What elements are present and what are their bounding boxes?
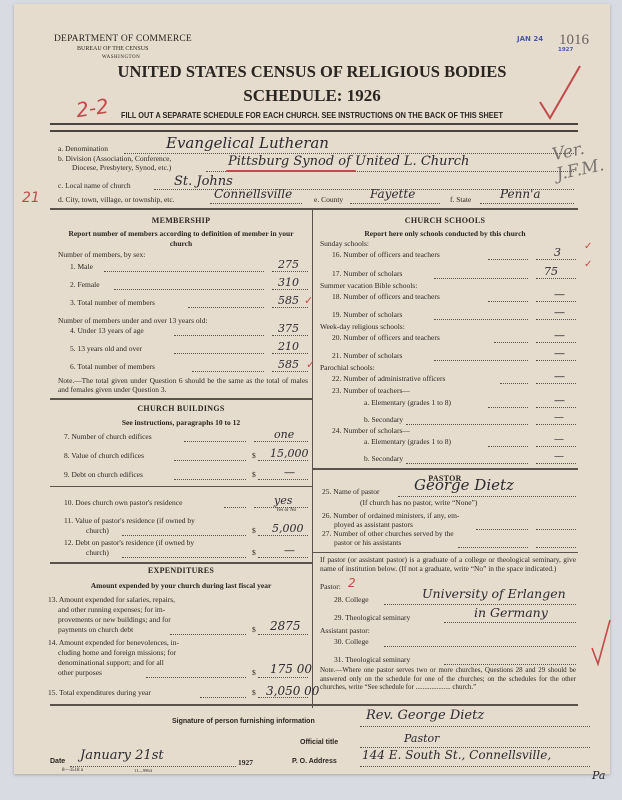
checkmark-icon: ✓ [584,259,592,270]
document-title: UNITED STATES CENSUS OF RELIGIOUS BODIES [14,62,610,82]
column-divider [312,208,313,708]
county-label: e. County [314,195,343,204]
address-value[interactable]: 144 E. South St., Connellsville, [362,748,551,762]
under-13-value[interactable]: 375 [278,322,299,335]
over-13-value[interactable]: 210 [278,340,299,353]
salaries-label: 13. Amount expended for salaries, repair… [48,595,175,635]
schools-subheading: Report here only schools conducted by th… [312,229,578,238]
denomination-label: a. Denomination [58,144,108,153]
edifices-debt-label: 9. Debt on church edifices [64,470,143,479]
membership-note: Note.—The total given under Question 6 s… [58,376,308,394]
city-label: WASHINGTON [102,55,140,60]
checkmark-icon: ✓ [584,241,592,252]
expenditures-subheading: Amount expended by your church during la… [50,581,312,590]
benevolences-label: 14. Amount expended for benevolences, in… [48,638,179,678]
total-by-age-label: 6. Total number of members [70,362,155,371]
sunday-schools-label: Sunday schools: [320,239,369,248]
official-title-label: Official title [300,739,338,746]
male-value[interactable]: 275 [278,258,299,271]
division-label-2: Diocese, Presbytery, Synod, etc.) [72,163,171,172]
address-label: P. O. Address [292,758,337,765]
seminary-label: 29. Theological seminary [334,613,410,622]
yes-no-hint: Yes or No [276,508,296,513]
date-year: 1927 [238,758,253,767]
edifices-debt-value[interactable]: — [284,466,295,479]
division-label: b. Division (Association, Conference, [58,154,171,163]
bureau-label: BUREAU OF THE CENSUS [77,46,148,52]
residence-value-value[interactable]: 5,000 [272,522,304,535]
signature-value[interactable]: Rev. George Dietz [366,708,484,723]
benevolences-value[interactable]: 175 00 [270,662,312,676]
official-title-value[interactable]: Pastor [404,732,439,745]
division-value[interactable]: Pittsburg Synod of United L. Church [228,154,469,169]
city-label: d. City, town, village, or township, etc… [58,195,175,204]
city-value[interactable]: Connellsville [214,187,292,201]
sunday-scholars-value[interactable]: 75 [544,265,558,278]
edifices-count-label: 7. Number of church edifices [64,432,152,441]
seminary-value[interactable]: in Germany [474,605,548,620]
salaries-value[interactable]: 2875 [270,619,301,633]
edifices-value-label: 8. Value of church edifices [64,451,144,460]
asst-college-label: 30. College [334,637,369,646]
residence-debt-value[interactable]: — [284,544,295,557]
divider [50,123,578,125]
pastor-name-label: 25. Name of pastor [322,487,379,496]
schools-heading: CHURCH SCHOOLS [312,216,578,225]
print-code: 11—9964 [134,768,152,773]
membership-subheading: Report number of members according to de… [58,229,304,249]
state-value[interactable]: Penn'a [500,187,541,201]
pastor-mark: 2 [348,576,356,590]
buildings-heading: CHURCH BUILDINGS [50,404,312,413]
expenditures-heading: EXPENDITURES [50,566,312,575]
female-value[interactable]: 310 [278,276,299,289]
edifices-count-value[interactable]: one [274,428,294,441]
asst-seminary-label: 31. Theological seminary [334,655,410,664]
total-by-age-value[interactable]: 585 [278,358,299,371]
total-members-value[interactable]: 585 [278,294,299,307]
by-sex-label: Number of members, by sex: [58,250,145,259]
membership-heading: MEMBERSHIP [50,216,312,225]
checkmark-icon [590,618,612,668]
buildings-subheading: See instructions, paragraphs 10 to 12 [50,418,312,427]
age-label: Number of members under and over 13 year… [58,316,208,325]
schedule-number: 1016 [559,32,589,49]
received-stamp-date: JAN 24 [517,35,543,43]
sunday-teachers-value[interactable]: 3 [554,246,561,259]
state-label: f. State [450,195,471,204]
male-label: 1. Male [70,262,93,271]
residence-debt-label: 12. Debt on pastor's residence (if owned… [64,538,194,547]
pastor-note: Note.—Where one pastor serves two or mor… [320,666,576,692]
pastor-name-value[interactable]: George Dietz [414,476,514,494]
department-label: DEPARTMENT OF COMMERCE [54,34,192,44]
graduate-note: If pastor (or assistant pastor) is a gra… [320,555,576,573]
denomination-value[interactable]: Evangelical Lutheran [166,134,329,152]
edifices-value-value[interactable]: 15,000 [270,447,309,460]
owns-residence-value[interactable]: yes [274,494,292,507]
residence-value-label: 11. Value of pastor's residence (if owne… [64,516,195,525]
signature-label: Signature of person furnishing informati… [172,718,315,725]
under-13-label: 4. Under 13 years of age [70,326,144,335]
checkmark-icon: ✓ [304,294,313,307]
census-schedule-sheet: DEPARTMENT OF COMMERCE BUREAU OF THE CEN… [14,4,610,774]
total-members-label: 3. Total number of members [70,298,155,307]
college-label: 28. College [334,595,369,604]
owns-residence-label: 10. Does church own pastor's residence [64,498,182,507]
local-name-label: c. Local name of church [58,181,131,190]
total-expenditures-value[interactable]: 3,050 00 [266,684,319,698]
divider [50,130,578,132]
date-label: Date [50,758,65,765]
address-state: Pa [592,769,605,782]
margin-mark-21: 21 [22,190,40,206]
instruction-banner: FILL OUT A SEPARATE SCHEDULE FOR EACH CH… [56,110,569,120]
checkmark-icon: ✓ [306,358,315,371]
total-expenditures-label: 15. Total expenditures during year [48,688,151,697]
date-value[interactable]: January 21st [80,748,164,763]
verifier-initials: Ver. J.F.M. [550,135,607,185]
over-13-label: 5. 13 years old and over [70,344,142,353]
county-value[interactable]: Fayette [370,187,415,201]
form-code: 8—3518 a [62,768,83,773]
red-underline [226,170,356,172]
female-label: 2. Female [70,280,100,289]
college-value[interactable]: University of Erlangen [422,586,566,601]
pastor-name-hint: (If church has no pastor, write “None”) [360,498,477,507]
